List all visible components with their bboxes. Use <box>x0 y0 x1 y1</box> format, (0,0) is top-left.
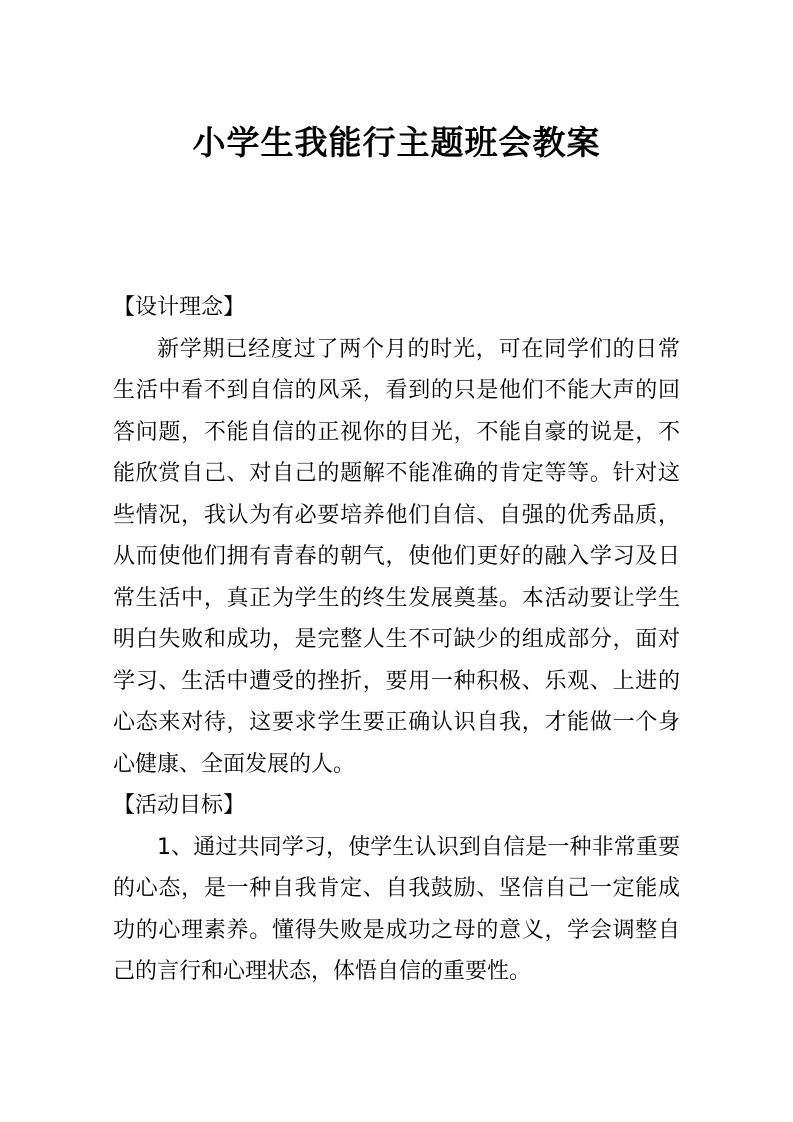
text-line: 心健康、全面发展的人。 <box>113 744 680 786</box>
document-body: 【设计理念】新学期已经度过了两个月的时光，可在同学们的日常生活中看不到自信的风采… <box>113 287 680 993</box>
text-line: 己的言行和心理状态，体悟自信的重要性。 <box>113 951 680 993</box>
text-line: 生活中看不到自信的风采，看到的只是他们不能大声的回 <box>113 370 680 412</box>
text-line: 新学期已经度过了两个月的时光，可在同学们的日常 <box>113 329 680 371</box>
text-line: 能欣赏自己、对自己的题解不能准确的肯定等等。针对这 <box>113 453 680 495</box>
text-line: 心态来对待，这要求学生要正确认识自我，才能做一个身 <box>113 702 680 744</box>
text-line: 明白失败和成功，是完整人生不可缺少的组成部分，面对 <box>113 619 680 661</box>
text-line: 的心态，是一种自我肯定、自我鼓励、坚信自己一定能成 <box>113 868 680 910</box>
text-line: 学习、生活中遭受的挫折，要用一种积极、乐观、上进的 <box>113 661 680 703</box>
section-heading-1: 【活动目标】 <box>113 785 680 827</box>
text-line: 答问题，不能自信的正视你的目光，不能自豪的说是，不 <box>113 412 680 454</box>
document-title: 小学生我能行主题班会教案 <box>0 0 793 165</box>
text-line: 常生活中，真正为学生的终生发展奠基。本活动要让学生 <box>113 578 680 620</box>
text-line: 从而使他们拥有青春的朝气，使他们更好的融入学习及日 <box>113 536 680 578</box>
text-line: 些情况，我认为有必要培养他们自信、自强的优秀品质， <box>113 495 680 537</box>
section-heading-0: 【设计理念】 <box>113 287 680 329</box>
document-page: 小学生我能行主题班会教案 【设计理念】新学期已经度过了两个月的时光，可在同学们的… <box>0 0 793 1122</box>
text-line: 功的心理素养。懂得失败是成功之母的意义，学会调整自 <box>113 910 680 952</box>
text-line: 1、通过共同学习，使学生认识到自信是一种非常重要 <box>113 827 680 869</box>
